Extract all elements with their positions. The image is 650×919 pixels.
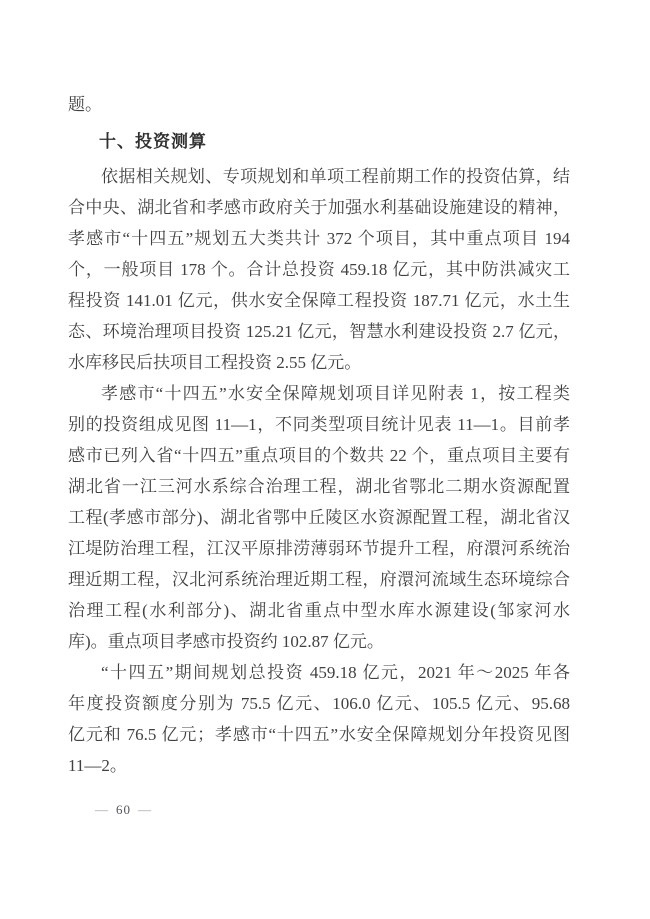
body-line: 依据相关规划、专项规划和单项工程前期工作的投资估算，结 <box>68 161 570 192</box>
body-line: 态、环境治理项目投资 125.21 亿元，智慧水利建设投资 2.7 亿元， <box>68 316 570 347</box>
body-line: 孝感市“十四五”水安全保障规划项目详见附表 1，按工程类 <box>68 378 570 409</box>
body-line: 年度投资额度分别为 75.5 亿元、106.0 亿元、105.5 亿元、95.6… <box>68 688 570 719</box>
body-line: 水库移民后扶项目工程投资 2.55 亿元。 <box>68 347 570 378</box>
paragraph-investment-estimate: 依据相关规划、专项规划和单项工程前期工作的投资估算，结 合中央、湖北省和孝感市政… <box>68 161 570 378</box>
body-line: 库)。重点项目孝感市投资约 102.87 亿元。 <box>68 626 570 657</box>
body-line: 治理工程(水利部分)、湖北省重点中型水库水源建设(邹家河水 <box>68 595 570 626</box>
page-number: 60 <box>116 802 131 817</box>
body-line: 亿元和 76.5 亿元；孝感市“十四五”水安全保障规划分年投资见图 <box>68 719 570 750</box>
body-line: 个，一般项目 178 个。合计总投资 459.18 亿元，其中防洪减灾工 <box>68 254 570 285</box>
body-line: “十四五”期间规划总投资 459.18 亿元，2021 年～2025 年各 <box>68 657 570 688</box>
footer-right-dash: — <box>131 802 159 817</box>
body-line: 别的投资组成见图 11—1，不同类型项目统计见表 11—1。目前孝 <box>68 409 570 440</box>
body-line: 理近期工程，汉北河系统治理近期工程，府澴河流域生态环境综合 <box>68 564 570 595</box>
body-line: 题。 <box>68 89 570 120</box>
paragraph-annual-investment: “十四五”期间规划总投资 459.18 亿元，2021 年～2025 年各 年度… <box>68 657 570 781</box>
text-block: 题。 十、投资测算 依据相关规划、专项规划和单项工程前期工作的投资估算，结 合中… <box>68 89 570 781</box>
paragraph-key-projects: 孝感市“十四五”水安全保障规划项目详见附表 1，按工程类 别的投资组成见图 11… <box>68 378 570 657</box>
body-line: 感市已列入省“十四五”重点项目的个数共 22 个，重点项目主要有 <box>68 440 570 471</box>
body-line: 江堤防治理工程，江汉平原排涝薄弱环节提升工程，府澴河系统治 <box>68 533 570 564</box>
body-line: 程投资 141.01 亿元，供水安全保障工程投资 187.71 亿元，水土生 <box>68 285 570 316</box>
section-heading: 十、投资测算 <box>68 126 570 157</box>
body-line: 合中央、湖北省和孝感市政府关于加强水利基础设施建设的精神， <box>68 192 570 223</box>
body-line: 孝感市“十四五”规划五大类共计 372 个项目，其中重点项目 194 <box>68 223 570 254</box>
body-line: 工程(孝感市部分)、湖北省鄂中丘陵区水资源配置工程，湖北省汉 <box>68 502 570 533</box>
page-number-footer: —60— <box>88 802 159 818</box>
body-line: 湖北省一江三河水系综合治理工程，湖北省鄂北二期水资源配置 <box>68 471 570 502</box>
body-line: 11—2。 <box>68 750 570 781</box>
footer-left-dash: — <box>88 802 116 817</box>
document-page: 题。 十、投资测算 依据相关规划、专项规划和单项工程前期工作的投资估算，结 合中… <box>0 0 650 919</box>
